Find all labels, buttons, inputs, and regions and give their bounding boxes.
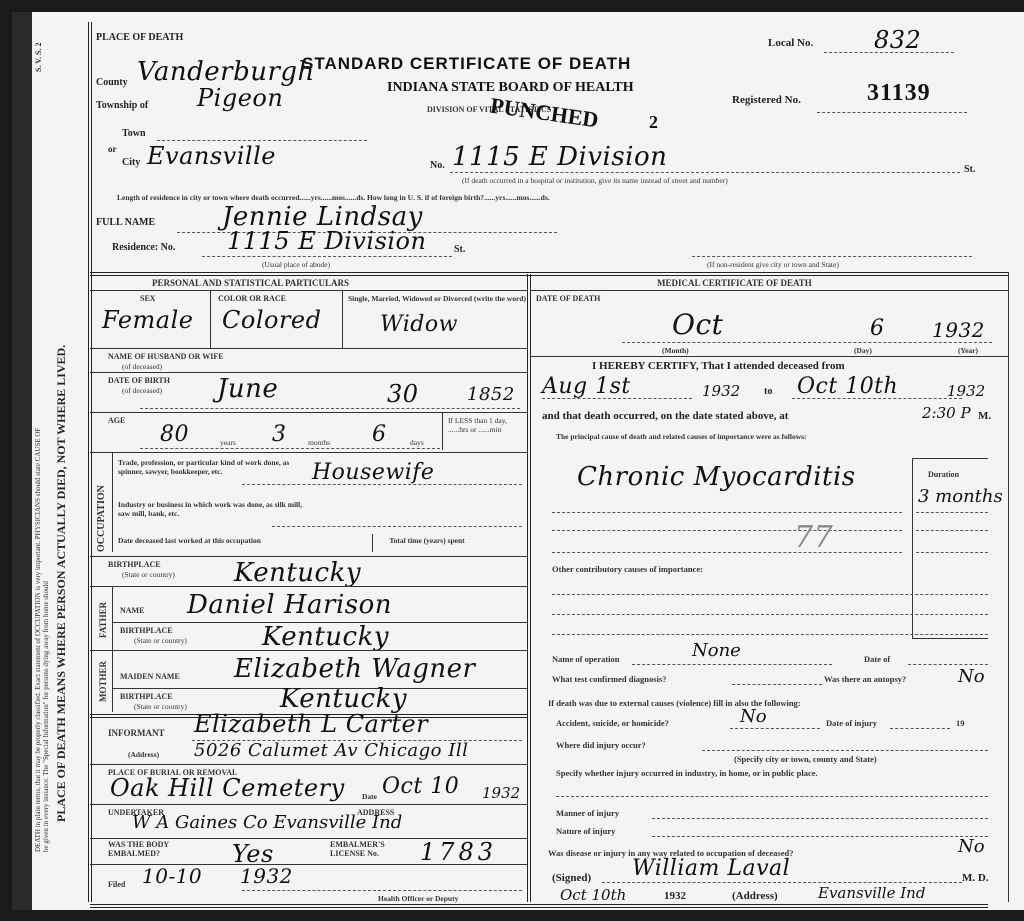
day-sublabel: (Day)	[854, 346, 872, 355]
informant-label: INFORMANT	[108, 728, 165, 738]
attended-from: Aug 1st	[542, 374, 631, 399]
autopsy-value: No	[958, 666, 985, 687]
manner-label: Manner of injury	[556, 808, 619, 818]
local-no-value: 832	[874, 26, 921, 54]
signed-year: 1932	[664, 890, 686, 902]
left-border	[88, 22, 92, 902]
form-code: S. V. S. 2	[34, 43, 43, 73]
operation-date-label: Date of	[864, 654, 890, 664]
certificate-title: STANDARD CERTIFICATE OF DEATH	[302, 54, 631, 74]
sex-value: Female	[102, 306, 194, 334]
accident-label: Accident, suicide, or homicide?	[556, 718, 669, 728]
death-year: 1932	[932, 318, 985, 342]
race-label: COLOR OR RACE	[218, 294, 286, 303]
mother-side-label: MOTHER	[98, 661, 108, 702]
physician-address: Evansville Ind	[818, 884, 925, 902]
date-of-death-label: DATE OF DEATH	[536, 294, 600, 303]
father-birthplace-value: Kentucky	[262, 622, 389, 652]
township-label: Township of	[96, 100, 148, 111]
age-months: 3	[272, 422, 287, 447]
last-worked-label: Date deceased last worked at this occupa…	[118, 536, 288, 545]
mother-birthplace-label: BIRTHPLACE	[120, 692, 173, 701]
registered-no-label: Registered No.	[732, 94, 801, 106]
to-label: to	[764, 386, 772, 397]
father-birthplace-label: BIRTHPLACE	[120, 626, 173, 635]
margin-bold-note: PLACE OF DEATH MEANS WHERE PERSON ACTUAL…	[54, 345, 69, 822]
duration-label: Duration	[928, 470, 959, 479]
burial-date-label: Date	[362, 792, 377, 801]
bottom-border	[90, 904, 988, 908]
margin-note-line1: DEATH in plain terms, that it may be pro…	[34, 52, 42, 852]
m-label: M.	[978, 410, 991, 422]
accident-value: No	[740, 706, 767, 727]
undertaker-value: W A Gaines Co Evansville Ind	[132, 812, 402, 833]
race-value: Colored	[222, 306, 321, 334]
year-sublabel: (Year)	[958, 346, 978, 355]
attended-to: Oct 10th	[797, 374, 898, 399]
informant-address-label: (Address)	[128, 750, 159, 759]
informant-address-value: 5026 Calumet Av Chicago Ill	[194, 740, 468, 761]
county-label: County	[96, 77, 128, 88]
personal-section-title: PERSONAL AND STATISTICAL PARTICULARS	[152, 278, 349, 288]
spouse-label: NAME OF HUSBAND OR WIFE	[108, 352, 224, 361]
attended-from-year: 1932	[702, 382, 740, 400]
other-causes-label: Other contributory causes of importance:	[552, 564, 703, 574]
county-value: Vanderburgh	[137, 57, 315, 87]
marital-label: Single, Married, Widowed or Divorced (wr…	[348, 294, 526, 303]
code-mark: 77	[794, 520, 833, 555]
months-label: months	[308, 438, 330, 447]
nature-label: Nature of injury	[556, 826, 615, 836]
birthplace-sub: (State or country)	[122, 570, 175, 579]
trade-value: Housewife	[312, 460, 434, 485]
burial-year: 1932	[482, 784, 520, 802]
occupation-related-value: No	[958, 836, 985, 857]
sex-label: SEX	[140, 294, 156, 303]
column-divider	[527, 274, 531, 902]
city-value: Evansville	[147, 142, 276, 170]
physician-address-label: (Address)	[732, 890, 778, 902]
embalmed-label: WAS THE BODY EMBALMED?	[108, 840, 218, 858]
marital-value: Widow	[380, 312, 458, 337]
father-name-label: NAME	[120, 606, 144, 615]
mother-maiden-value: Elizabeth Wagner	[234, 654, 475, 684]
death-month: Oct	[672, 308, 723, 341]
birthplace-label: BIRTHPLACE	[108, 560, 161, 569]
residence-length: Length of residence in city or town wher…	[117, 193, 550, 202]
certify-label: I HEREBY CERTIFY, That I attended deceas…	[592, 360, 845, 372]
operation-label: Name of operation	[552, 654, 620, 664]
signed-label: (Signed)	[552, 872, 591, 884]
age-years: 80	[160, 422, 189, 447]
where-injury-label: Where did injury occur?	[556, 740, 646, 750]
usual-abode-note: (Usual place of abode)	[262, 260, 330, 269]
street-no-label: No.	[430, 160, 445, 171]
days-label: days	[410, 438, 424, 447]
punched-stamp: PUNCHED	[489, 93, 600, 134]
autopsy-label: Was there an autopsy?	[824, 674, 906, 684]
occupation-side-label: OCCUPATION	[96, 485, 107, 552]
issuer: INDIANA STATE BOARD OF HEALTH	[387, 80, 634, 96]
informant-value: Elizabeth L Carter	[194, 710, 428, 738]
right-border	[1008, 272, 1009, 902]
md-label: M. D.	[962, 872, 989, 884]
or-label: or	[108, 144, 117, 154]
hospital-note: (If death occurred in a hospital or inst…	[462, 176, 728, 185]
embalmer-license-value: 1783	[420, 838, 497, 866]
where-injury-sub: (Specify city or town, county and State)	[734, 754, 877, 764]
dob-label: DATE OF BIRTH	[108, 376, 170, 385]
burial-value: Oak Hill Cemetery	[110, 774, 345, 802]
death-day: 6	[870, 316, 885, 341]
health-officer-label: Health Officer or Deputy	[378, 894, 458, 903]
town-label: Town	[122, 128, 146, 139]
trade-label: Trade, profession, or particular kind of…	[118, 458, 308, 476]
physician-name: William Laval	[632, 856, 790, 881]
registered-no-value: 31139	[867, 80, 931, 107]
father-name-value: Daniel Harison	[187, 590, 392, 620]
injury-date-label: Date of injury	[826, 718, 877, 728]
residence-value: 1115 E Division	[227, 227, 426, 255]
mother-maiden-label: MAIDEN NAME	[120, 672, 180, 681]
full-name-label: FULL NAME	[96, 217, 155, 228]
section-divider	[90, 272, 1008, 276]
residence-st-label: St.	[454, 244, 465, 255]
filed-year: 1932	[240, 864, 293, 888]
mother-birthplace-sub: (State or country)	[134, 702, 187, 711]
month-sublabel: (Month)	[662, 346, 689, 355]
less-day-label: If LESS than 1 day, ......hrs or ......m…	[448, 416, 524, 434]
father-birthplace-sub: (State or country)	[134, 636, 187, 645]
father-side-label: FATHER	[98, 602, 108, 638]
margin-note-line2: be given in every instance. The "Special…	[42, 581, 50, 852]
street-st-label: St.	[964, 164, 975, 175]
residence-label: Residence: No.	[112, 242, 175, 253]
city-label: City	[122, 157, 140, 168]
attended-to-year: 1932	[947, 382, 985, 400]
local-no-label: Local No.	[768, 37, 813, 49]
total-time-label: Total time (years) spent	[382, 536, 472, 545]
diagnosis-label: What test confirmed diagnosis?	[552, 674, 667, 684]
signed-date: Oct 10th	[560, 886, 626, 904]
injury-year-label: 19	[956, 718, 965, 728]
age-label: AGE	[108, 416, 125, 425]
cause-label: The principal cause of death and related…	[556, 432, 896, 441]
death-time: 2:30 P	[922, 404, 971, 422]
street-value: 1115 E Division	[452, 142, 667, 172]
operation-value: None	[692, 640, 741, 661]
spouse-sub: (of deceased)	[122, 362, 162, 371]
dob-month: June	[217, 374, 278, 404]
dob-year: 1852	[467, 384, 515, 405]
dob-sub: (of deceased)	[122, 386, 162, 395]
scan-edge	[12, 12, 32, 910]
township-value: Pigeon	[197, 84, 283, 112]
death-certificate: PLACE OF DEATH MEANS WHERE PERSON ACTUAL…	[12, 12, 1024, 910]
dob-day: 30	[387, 380, 419, 408]
place-of-death-heading: PLACE OF DEATH	[96, 32, 183, 43]
nonresident-note: (If non-resident give city or town and S…	[707, 260, 839, 269]
filed-label: Filed	[108, 880, 125, 889]
stamp-number: 2	[649, 112, 658, 133]
duration-value: 3 months	[918, 486, 1003, 507]
filed-date: 10-10	[142, 864, 202, 888]
birthplace-value: Kentucky	[234, 558, 361, 588]
industry-label: Industry or business in which work was d…	[118, 500, 308, 518]
medical-section-title: MEDICAL CERTIFICATE OF DEATH	[657, 278, 812, 288]
occurred-label: and that death occurred, on the date sta…	[542, 410, 788, 422]
age-days: 6	[372, 422, 387, 447]
embalmer-license-label: EMBALMER'S LICENSE No.	[330, 840, 420, 858]
burial-date-value: Oct 10	[382, 774, 459, 799]
years-label: years	[220, 438, 236, 447]
cause-value: Chronic Myocarditis	[577, 462, 856, 492]
specify-label: Specify whether injury occurred in indus…	[556, 768, 818, 778]
